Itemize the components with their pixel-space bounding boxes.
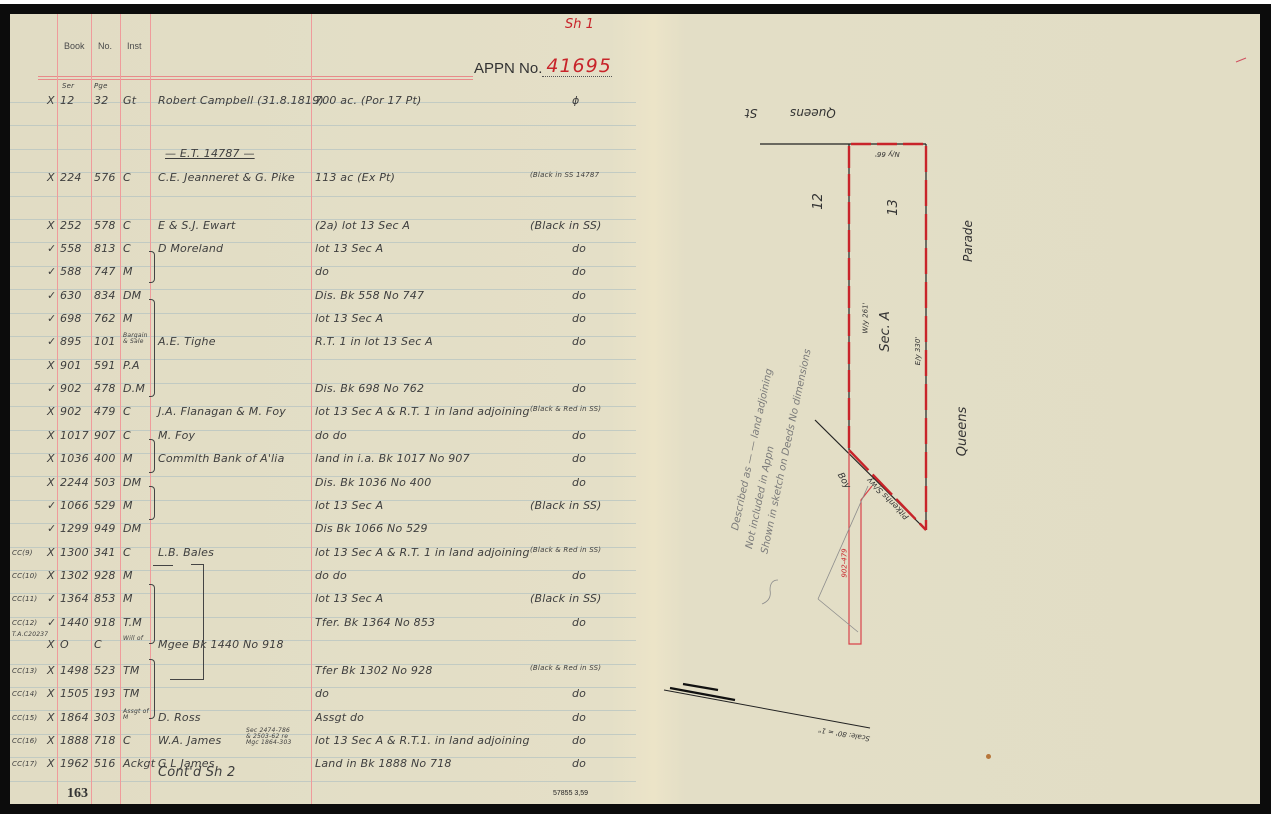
entry-no: 503 xyxy=(94,476,116,489)
entry-party: L.B. Bales xyxy=(158,546,214,559)
entry-prefix: CC(12) xyxy=(12,619,37,627)
entry-description: (2a) lot 13 Sec A xyxy=(315,219,410,232)
entry-description: lot 13 Sec A & R.T.1. in land adjoining xyxy=(315,734,530,747)
entry-inst: T.M xyxy=(123,616,142,629)
entry-inst: Will of xyxy=(123,636,149,642)
column-header-book: Book xyxy=(64,41,85,51)
entry-book: O xyxy=(60,638,69,651)
entry-note: do xyxy=(572,335,586,348)
entry-prefix: CC(11) xyxy=(12,595,37,603)
sub-header-ser: Ser xyxy=(62,82,74,90)
entry-mark: X xyxy=(47,359,55,372)
entry-no: 591 xyxy=(94,359,116,372)
ruled-line xyxy=(10,196,636,197)
entry-book: 630 xyxy=(60,289,82,302)
section-label: Sec. A xyxy=(878,311,893,352)
street-label-queens: Queens xyxy=(790,106,836,120)
continued-note: Cont'd Sh 2 xyxy=(158,765,235,780)
entry-description: lot 13 Sec A xyxy=(315,242,383,255)
entry-prefix: T.A.C20237 xyxy=(12,632,48,638)
entry-book: 1300 xyxy=(60,546,89,559)
entry-description: land in i.a. Bk 1017 No 907 xyxy=(315,452,470,465)
entry-party: M. Foy xyxy=(158,429,195,442)
entry-no: 576 xyxy=(94,171,116,184)
entry-description: lot 13 Sec A xyxy=(315,499,383,512)
entry-mark: X xyxy=(47,429,55,442)
entry-inst: C xyxy=(123,242,131,255)
entry-note: do xyxy=(572,757,586,770)
entry-book: 1864 xyxy=(60,711,89,724)
entry-party: J.A. Flanagan & M. Foy xyxy=(158,405,286,418)
entry-mark: X xyxy=(47,734,55,747)
street-label-parade: Parade xyxy=(961,220,975,262)
entry-inst: C xyxy=(123,171,131,184)
entry-description: R.T. 1 in lot 13 Sec A xyxy=(315,335,433,348)
entry-party: Robert Campbell (31.8.1819) xyxy=(158,94,324,107)
ledger-page: Sh 1 Book No. Inst APPN No.41695 Ser Pge… xyxy=(10,14,640,804)
entry-no: C xyxy=(94,638,102,651)
entry-inst: C xyxy=(123,219,131,232)
dimension-west: W/y 261' xyxy=(861,303,869,334)
entry-no: 529 xyxy=(94,499,116,512)
dimension-north: N/y 66' xyxy=(875,150,900,158)
dimension-east: E/y 330' xyxy=(914,337,922,365)
entry-note: (Black & Red in SS) xyxy=(530,405,601,413)
entry-inst: C xyxy=(123,405,131,418)
entry-note: do xyxy=(572,265,586,278)
application-value: 41695 xyxy=(546,55,611,77)
entry-no: 478 xyxy=(94,382,116,395)
entry-book: 698 xyxy=(60,312,82,325)
entry-no: 516 xyxy=(94,757,116,770)
application-label: APPN No. xyxy=(474,60,542,77)
entry-mark: X xyxy=(47,546,55,559)
entry-inst: P.A xyxy=(123,359,140,372)
entry-note: do xyxy=(572,476,586,489)
entry-inst: M xyxy=(123,265,133,278)
entry-description: Dis. Bk 698 No 762 xyxy=(315,382,424,395)
entry-book: 1505 xyxy=(60,687,89,700)
entry-note: do xyxy=(572,312,586,325)
ruled-line xyxy=(10,640,636,641)
entry-no: 907 xyxy=(94,429,116,442)
entry-inst: Bargain & Sale xyxy=(123,333,149,345)
entry-description: lot 13 Sec A & R.T. 1 in land adjoining xyxy=(315,405,530,418)
page-number: 163 xyxy=(67,786,88,802)
entry-mark: ✓ xyxy=(47,499,56,512)
entry-description: Dis. Bk 1036 No 400 xyxy=(315,476,431,489)
entry-book: 1888 xyxy=(60,734,89,747)
entry-no: 341 xyxy=(94,546,116,559)
entry-party: D. Ross xyxy=(158,711,201,724)
entry-description: Dis. Bk 558 No 747 xyxy=(315,289,424,302)
header-rule xyxy=(38,76,473,80)
entry-inst: C xyxy=(123,429,131,442)
entry-description: lot 13 Sec A & R.T. 1 in land adjoining xyxy=(315,546,530,559)
entry-description: do xyxy=(315,265,329,278)
entry-party: Commlth Bank of A'lia xyxy=(158,452,285,465)
entry-book: 558 xyxy=(60,242,82,255)
entry-no: 523 xyxy=(94,664,116,677)
entry-book: 1299 xyxy=(60,522,89,535)
entry-book: 1498 xyxy=(60,664,89,677)
column-rule xyxy=(120,14,121,804)
entry-book: 1364 xyxy=(60,592,89,605)
entry-no: 303 xyxy=(94,711,116,724)
entry-note: do xyxy=(572,711,586,724)
connector-line xyxy=(203,564,204,679)
entry-description: 700 ac. (Por 17 Pt) xyxy=(315,94,421,107)
entry-mark: X xyxy=(47,569,55,582)
connector-line xyxy=(191,564,203,565)
entry-mark: ✓ xyxy=(47,242,56,255)
sketch-drawing xyxy=(640,14,1260,804)
entry-description: do xyxy=(315,687,329,700)
lot-13-label: 13 xyxy=(886,199,901,216)
entry-book: 2244 xyxy=(60,476,89,489)
entry-mark: X xyxy=(47,171,55,184)
entry-book: 1440 xyxy=(60,616,89,629)
sub-header-pge: Pge xyxy=(94,82,108,90)
entry-inst: Ackgt xyxy=(123,757,155,770)
entry-note: do xyxy=(572,289,586,302)
entry-description: lot 13 Sec A xyxy=(315,312,383,325)
entry-mark: X xyxy=(47,452,55,465)
entry-mark: X xyxy=(47,757,55,770)
strip-label: 902-479 xyxy=(841,548,849,577)
entry-book: 12 xyxy=(60,94,74,107)
entry-no: 813 xyxy=(94,242,116,255)
entry-mark: X xyxy=(47,94,55,107)
entry-note: (Black in SS 14787 xyxy=(530,171,599,179)
entry-no: 193 xyxy=(94,687,116,700)
entry-description: Tfer. Bk 1364 No 853 xyxy=(315,616,435,629)
entry-note: (Black & Red in SS) xyxy=(530,664,601,672)
entry-book: 1017 xyxy=(60,429,89,442)
entry-book: 902 xyxy=(60,382,82,395)
entry-party: A.E. Tighe xyxy=(158,335,216,348)
entry-no: 578 xyxy=(94,219,116,232)
entry-inst: DM xyxy=(123,289,141,302)
entry-party-note: Mgc 1864-303 xyxy=(246,740,291,746)
entry-description: 113 ac (Ex Pt) xyxy=(315,171,395,184)
entry-prefix: CC(15) xyxy=(12,714,37,722)
entry-mark: X xyxy=(47,711,55,724)
arrow-icon xyxy=(170,679,204,680)
entry-no: 747 xyxy=(94,265,116,278)
entry-party: E & S.J. Ewart xyxy=(158,219,236,232)
entry-mark: ✓ xyxy=(47,522,56,535)
column-rule xyxy=(311,14,312,804)
entry-inst: DM xyxy=(123,476,141,489)
ruled-line xyxy=(10,781,636,782)
entry-no: 928 xyxy=(94,569,116,582)
entry-book: 224 xyxy=(60,171,82,184)
brace xyxy=(149,251,155,283)
entry-mark: ✓ xyxy=(47,289,56,302)
entry-no: 718 xyxy=(94,734,116,747)
entry-book: 1962 xyxy=(60,757,89,770)
entry-description: lot 13 Sec A xyxy=(315,592,383,605)
entry-mark: X xyxy=(47,476,55,489)
entry-note: (Black in SS) xyxy=(530,499,602,512)
entry-book: 895 xyxy=(60,335,82,348)
entry-note: do xyxy=(572,242,586,255)
entry-note: do xyxy=(572,429,586,442)
column-header-inst: Inst xyxy=(127,41,142,51)
entry-inst: M xyxy=(123,312,133,325)
entry-note: (Black in SS) xyxy=(530,592,602,605)
arrow-icon xyxy=(153,565,173,566)
entry-inst: TM xyxy=(123,687,140,700)
brace xyxy=(149,439,155,473)
application-number: APPN No.41695 xyxy=(474,60,612,77)
entry-no: 834 xyxy=(94,289,116,302)
entry-book: 1066 xyxy=(60,499,89,512)
entry-note: do xyxy=(572,569,586,582)
column-header-no: No. xyxy=(98,41,112,51)
entry-book: 901 xyxy=(60,359,82,372)
entry-book: 588 xyxy=(60,265,82,278)
column-rule xyxy=(91,14,92,804)
entry-mark: X xyxy=(47,638,55,651)
entry-inst: Assgt of M xyxy=(123,709,149,721)
entry-party: D Moreland xyxy=(158,242,223,255)
entry-inst: M xyxy=(123,592,133,605)
entry-note: do xyxy=(572,734,586,747)
entry-description: Tfer Bk 1302 No 928 xyxy=(315,664,433,677)
entry-no: 918 xyxy=(94,616,116,629)
entry-mark: X xyxy=(47,405,55,418)
entry-inst: TM xyxy=(123,664,140,677)
entry-no: 762 xyxy=(94,312,116,325)
street-label-st: St xyxy=(745,106,757,120)
section-heading: — E.T. 14787 — xyxy=(165,147,255,160)
entry-description: Assgt do xyxy=(315,711,364,724)
street-label-queens-right: Queens xyxy=(955,407,970,456)
entry-inst: M xyxy=(123,452,133,465)
sheet-label: Sh 1 xyxy=(565,17,594,32)
entry-mark: ✓ xyxy=(47,616,56,629)
entry-no: 101 xyxy=(94,335,116,348)
entry-note: do xyxy=(572,687,586,700)
entry-no: 32 xyxy=(94,94,108,107)
entry-no: 853 xyxy=(94,592,116,605)
entry-book: 1036 xyxy=(60,452,89,465)
entry-description: Dis Bk 1066 No 529 xyxy=(315,522,428,535)
entry-note: do xyxy=(572,452,586,465)
entry-description: Land in Bk 1888 No 718 xyxy=(315,757,452,770)
entry-mark: X xyxy=(47,219,55,232)
entry-mark: X xyxy=(47,687,55,700)
entry-mark: X xyxy=(47,664,55,677)
entry-mark: ✓ xyxy=(47,382,56,395)
entry-inst: Gt xyxy=(123,94,136,107)
entry-book: 1302 xyxy=(60,569,89,582)
form-code: 57855 3,59 xyxy=(553,790,588,797)
entry-note: do xyxy=(572,616,586,629)
survey-sketch: Queens St 12 13 N/y 66' W/y 261' E/y 330… xyxy=(640,14,1260,804)
stain-mark xyxy=(986,754,991,759)
ruled-line xyxy=(10,125,636,126)
entry-party: W.A. James xyxy=(158,734,221,747)
entry-note: ϕ xyxy=(572,94,579,107)
entry-note: (Black & Red in SS) xyxy=(530,546,601,554)
entry-mark: ✓ xyxy=(47,592,56,605)
lot-12-label: 12 xyxy=(811,193,826,210)
entry-inst: C xyxy=(123,546,131,559)
entry-description: do do xyxy=(315,569,347,582)
brace xyxy=(149,299,155,397)
entry-inst: C xyxy=(123,734,131,747)
brace xyxy=(149,486,155,520)
entry-book: 252 xyxy=(60,219,82,232)
entry-description: do do xyxy=(315,429,347,442)
entry-party: C.E. Jeanneret & G. Pike xyxy=(158,171,295,184)
entry-mark: ✓ xyxy=(47,335,56,348)
entry-book: 902 xyxy=(60,405,82,418)
entry-prefix: CC(10) xyxy=(12,572,37,580)
entry-prefix: CC(14) xyxy=(12,690,37,698)
entry-prefix: CC(9) xyxy=(12,549,33,557)
entry-prefix: CC(16) xyxy=(12,737,37,745)
column-rule xyxy=(57,14,58,804)
ruled-line xyxy=(10,149,636,150)
brace xyxy=(149,584,155,644)
entry-prefix: CC(17) xyxy=(12,760,37,768)
entry-mark: ✓ xyxy=(47,265,56,278)
entry-inst: D.M xyxy=(123,382,145,395)
entry-party: Mgee Bk 1440 No 918 xyxy=(158,638,284,651)
entry-no: 949 xyxy=(94,522,116,535)
entry-note: (Black in SS) xyxy=(530,219,602,232)
entry-inst: M xyxy=(123,499,133,512)
entry-note: do xyxy=(572,382,586,395)
entry-prefix: CC(13) xyxy=(12,667,37,675)
brace xyxy=(149,659,155,719)
entry-inst: DM xyxy=(123,522,141,535)
entry-mark: ✓ xyxy=(47,312,56,325)
entry-no: 479 xyxy=(94,405,116,418)
entry-inst: M xyxy=(123,569,133,582)
entry-no: 400 xyxy=(94,452,116,465)
